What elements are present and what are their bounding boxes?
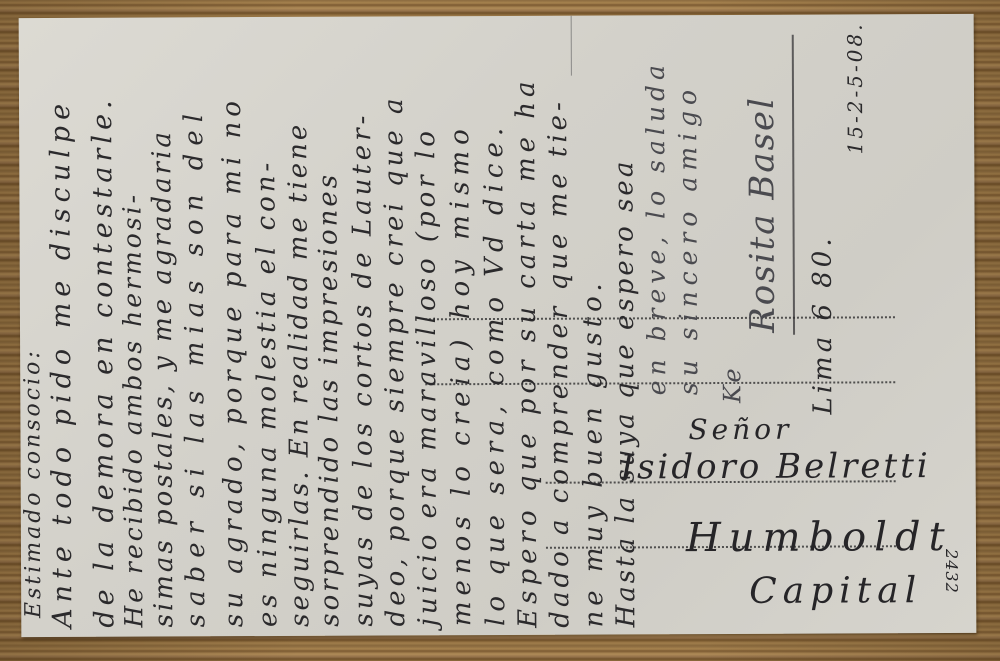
card-divider-line [571,16,572,76]
message-line: ne muy buen gusto. [580,278,608,627]
message-line: Hasta la suya que espero sea [611,159,639,628]
message-line: seguirlas. En realidad me tiene [285,122,313,627]
signature-place: Lima 6 80. [810,234,837,414]
message-line: deo, porque siempre crei que a [381,94,409,626]
message-line: sorprendido las impresiones [315,172,343,627]
address-street: Humboldt [686,514,953,561]
address-salutation: Señor [688,413,792,446]
message-line: menos lo creia) hoy mismo [447,123,475,626]
message-line: He recibido ambos hermosi- [119,192,146,628]
message-line: es ninguna molestia el con- [253,159,281,627]
message-line: en breve, lo saluda [643,60,669,395]
message-line: dado a comprender que me tie- [545,98,573,628]
postcard: Estimado consocio: Ante todo pido me dis… [19,14,977,637]
signature-underline [792,35,795,335]
address-recipient-name: Isidoro Belretti [621,446,931,487]
message-line: suyas de los cortos de Lauter- [349,112,377,627]
message-line: su sincero amigo [675,84,701,395]
message-line: su agrado, porque para mi no [219,96,247,627]
message-line: Ante todo pido me disculpe [47,98,76,628]
address-city: Capital [749,570,922,612]
message-line: Estimado consocio: [22,348,45,618]
signature-date: 15-2-5-08. [845,21,866,154]
message-line: juicio era maravilloso (por lo [413,127,441,626]
message-line: Espero que por su carta me ha [513,76,541,627]
address-street-number: 2432 [942,549,961,594]
message-line: saber si las mias son del [181,106,209,627]
message-line: simas postales, y me agradaria [149,129,177,627]
message-line: de la demora en contestarle. [89,95,118,627]
signature-name: Rosita Basel [745,96,780,333]
closing-text: Ke [720,365,744,403]
message-line: lo que sera, como Vd dice. [481,122,509,626]
